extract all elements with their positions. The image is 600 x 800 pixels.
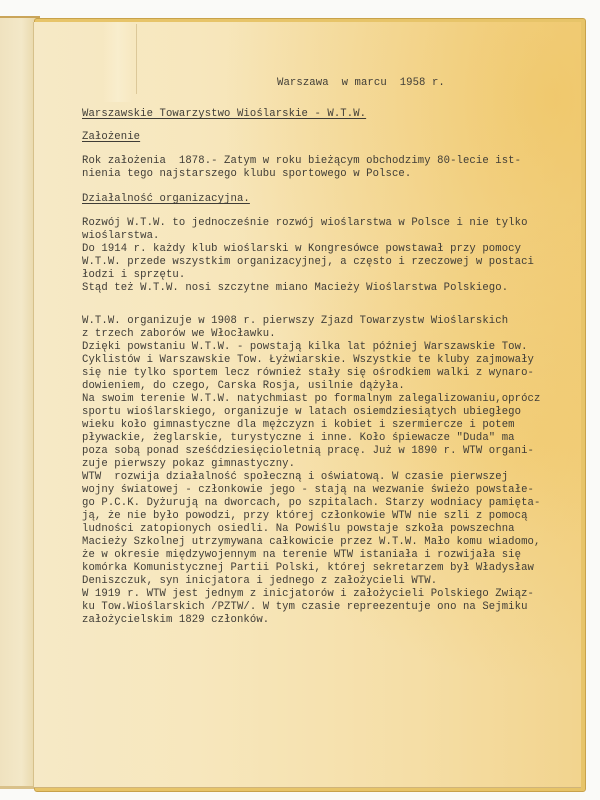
text-line: się nie tylko sportem lecz również stały… xyxy=(82,367,534,379)
text-line: Rok założenia 1878.- Zatym w roku bieżąc… xyxy=(82,155,521,167)
text-line: Stąd też W.T.W. nosi szczytne miano Maci… xyxy=(82,282,508,294)
text-line: nienia tego najstarszego klubu sportoweg… xyxy=(82,168,411,180)
text-line: ku Tow.Wioślarskich /PZTW/. W tym czasie… xyxy=(82,601,528,613)
text-line: zuje pierwszy pokaz gimnastyczny. xyxy=(82,458,295,470)
text-line: W.T.W. organizuje w 1908 r. pierwszy Zja… xyxy=(82,315,508,327)
text-line: Dzięki powstaniu W.T.W. - powstają kilka… xyxy=(82,341,528,353)
text-line: z trzech zaborów we Włocławku. xyxy=(82,328,276,340)
founding-paragraph: Rok założenia 1878.- Zatym w roku bieżąc… xyxy=(82,155,521,181)
text-line: Deniszczuk, syn inicjatora i jednego z z… xyxy=(82,575,437,587)
text-line: poza sobą ponad sześćdziesięcioletnią pr… xyxy=(82,445,534,457)
text-line: ludności zatopionych osiedli. Na Powiślu… xyxy=(82,523,515,535)
text-line: W.T.W. przede wszystkim organizacyjnej, … xyxy=(82,256,534,268)
paper-crease-line xyxy=(136,24,137,94)
section-heading-founding: Założenie xyxy=(82,131,140,144)
text-line: że w okresie międzywojennym na terenie W… xyxy=(82,549,521,561)
section-heading-activity: Działalność organizacyjna. xyxy=(82,193,250,206)
document-title: Warszawskie Towarzystwo Wioślarskie - W.… xyxy=(82,108,366,121)
text-line: WTW rozwija działalność społeczną i oświ… xyxy=(82,471,508,483)
folder-cover-left xyxy=(0,18,37,788)
text-line: go P.C.K. Dyżurują na dworcach, po szpit… xyxy=(82,497,540,509)
text-line: wioślarstwa. xyxy=(82,230,160,242)
paper-crease xyxy=(103,22,133,102)
scanned-document-scene: Warszawa w marcu 1958 r. Warszawskie Tow… xyxy=(0,0,600,800)
text-line: łodzi i sprzętu. xyxy=(82,269,185,281)
activity-paragraph-1: Rozwój W.T.W. to jednocześnie rozwój wio… xyxy=(82,217,534,295)
text-line: założycielskim 1829 członków. xyxy=(82,614,269,626)
text-line: wieku koło gimnastyczne dla mężczyzn i k… xyxy=(82,419,515,431)
text-line: wojny światowej - członkowie jego - staj… xyxy=(82,484,534,496)
text-line: Cyklistów i Warszawskie Tow. Łyżwiarskie… xyxy=(82,354,534,366)
text-line: dowieniem, do czego, Carska Rosja, usiln… xyxy=(82,380,405,392)
text-line: Macieży Szkolnej utrzymywana całkowicie … xyxy=(82,536,540,548)
activity-paragraph-2: W.T.W. organizuje w 1908 r. pierwszy Zja… xyxy=(82,315,540,627)
dateline: Warszawa w marcu 1958 r. xyxy=(277,77,445,90)
text-line: Rozwój W.T.W. to jednocześnie rozwój wio… xyxy=(82,217,528,229)
text-line: Na swoim terenie W.T.W. natychmiast po f… xyxy=(82,393,540,405)
text-line: W 1919 r. WTW jest jednym z inicjatorów … xyxy=(82,588,534,600)
text-line: ją, że nie było powodzi, przy której czł… xyxy=(82,510,528,522)
text-line: komórka Komunistycznej Partii Polski, kt… xyxy=(82,562,534,574)
text-line: pływackie, żeglarskie, turystyczne i inn… xyxy=(82,432,515,444)
text-line: Do 1914 r. każdy klub wioślarski w Kongr… xyxy=(82,243,521,255)
text-line: sportu wioślarskiego, organizuje w latac… xyxy=(82,406,521,418)
